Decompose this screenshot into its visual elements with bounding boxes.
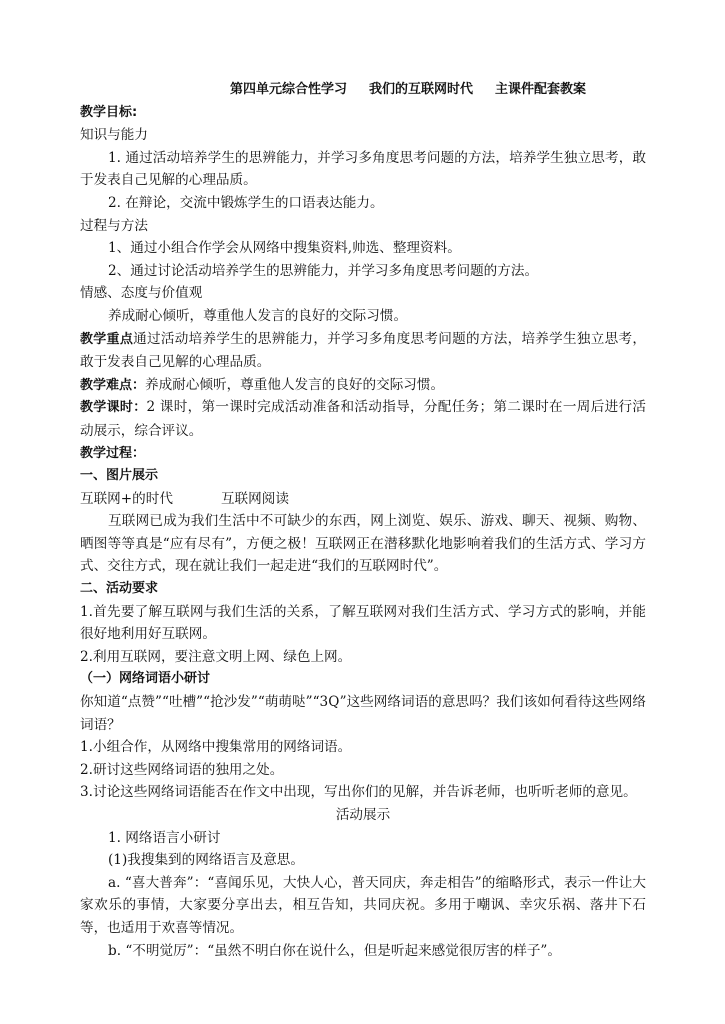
knowledge-heading: 知识与能力 [80, 124, 646, 147]
showcase-entry-a: a. “喜大普奔”：“喜闻乐见，大快人心，普天同庆，奔走相告”的缩略形式，表示一… [80, 872, 646, 940]
key-point-label: 教学重点 [80, 332, 133, 347]
section-1-captions: 互联网+的时代互联网阅读 [80, 488, 646, 511]
key-point-text: 通过活动培养学生的思辨能力，并学习多角度思考问题的方法，培养学生独立思考，敢于发… [80, 331, 646, 371]
showcase-heading: 活动展示 [80, 804, 646, 827]
emotion-text: 养成耐心倾听，尊重他人发言的良好的交际习惯。 [80, 305, 646, 328]
caption-1: 互联网+的时代 [80, 491, 173, 507]
subsection-1-intro: 你知道“点赞”“吐槽”“抢沙发”“萌萌哒”“3Q”这些网络词语的意思吗？我们该如… [80, 691, 646, 736]
knowledge-item-2: 2. 在辩论，交流中锻炼学生的口语表达能力。 [80, 192, 646, 215]
section-1-paragraph: 互联网已成为我们生活中不可缺少的东西，网上浏览、娱乐、游戏、聊天、视频、购物、晒… [80, 510, 646, 578]
subsection-1-item-2: 2.研讨这些网络词语的独用之处。 [80, 759, 646, 782]
hours-label: 教学课时： [80, 400, 147, 415]
hours: 教学课时：2 课时，第一课时完成活动准备和活动指导，分配任务；第二课时在一周后进… [80, 396, 646, 442]
caption-2: 互联网阅读 [221, 491, 289, 507]
document-page: 第四单元综合性学习我们的互联网时代主课件配套教案 教学目标: 知识与能力 1. … [80, 79, 646, 962]
showcase-item-title: 1. 网络语言小研讨 [80, 827, 646, 850]
document-title: 第四单元综合性学习我们的互联网时代主课件配套教案 [80, 79, 646, 102]
goals-heading: 教学目标: [80, 102, 646, 125]
process-method-heading: 过程与方法 [80, 215, 646, 238]
process-item-1: 1、通过小组合作学会从网络中搜集资料,帅选、整理资料。 [80, 237, 646, 260]
title-part-2: 我们的互联网时代 [369, 82, 473, 97]
key-point: 教学重点通过活动培养学生的思辨能力，并学习多角度思考问题的方法，培养学生独立思考… [80, 328, 646, 374]
showcase-sub-title: (1)我搜集到的网络语言及意思。 [80, 849, 646, 872]
title-part-1: 第四单元综合性学习 [230, 82, 347, 97]
difficulty-text: 养成耐心倾听，尊重他人发言的良好的交际习惯。 [145, 377, 444, 393]
emotion-heading: 情感、态度与价值观 [80, 282, 646, 305]
teaching-process-heading: 教学过程： [80, 443, 646, 466]
section-2-item-2: 2.利用互联网，要注意文明上网、绿色上网。 [80, 646, 646, 669]
section-1-heading: 一、图片展示 [80, 465, 646, 488]
process-item-2: 2、通过讨论活动培养学生的思辨能力，并学习多角度思考问题的方法。 [80, 260, 646, 283]
subsection-1-item-1: 1.小组合作，从网络中搜集常用的网络词语。 [80, 736, 646, 759]
hours-text: 2 课时，第一课时完成活动准备和活动指导，分配任务；第二课时在一周后进行活动展示… [80, 399, 646, 439]
showcase-entry-b: b. “不明觉厉”：“虽然不明白你在说什么，但是听起来感觉很厉害的样子”。 [80, 940, 646, 963]
knowledge-item-1: 1. 通过活动培养学生的思辨能力，并学习多角度思考问题的方法，培养学生独立思考，… [80, 147, 646, 192]
title-part-3: 主课件配套教案 [495, 82, 586, 97]
section-2-heading: 二、活动要求 [80, 578, 646, 601]
difficulty-label: 教学难点： [80, 378, 145, 393]
section-2-item-1: 1.首先要了解互联网与我们生活的关系，了解互联网对我们生活方式、学习方式的影响，… [80, 601, 646, 646]
subsection-1-item-3: 3.讨论这些网络词语能否在作文中出现，写出你们的见解，并告诉老师，也听听老师的意… [80, 781, 646, 804]
subsection-1-heading: （一）网络词语小研讨 [80, 668, 646, 691]
difficulty: 教学难点：养成耐心倾听，尊重他人发言的良好的交际习惯。 [80, 374, 646, 397]
